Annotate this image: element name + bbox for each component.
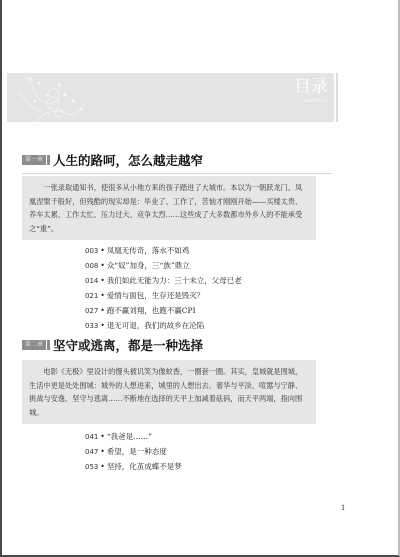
bullet-icon: • [100, 276, 104, 285]
toc-entry[interactable]: 041•“我爸是……” [85, 429, 182, 444]
toc-page-number: 021 [85, 292, 98, 300]
floral-vine-icon [7, 73, 97, 122]
chapter-summary: 一张录取通知书，使很多从小地方来的孩子踏进了大城市。本以为一朝跃龙门、凤凰涅槃千… [22, 176, 316, 240]
toc-entry-title: “我爸是……” [107, 432, 152, 441]
toc-entry-title: 退无可退，我们的故乡在沦陷 [107, 321, 205, 330]
toc-entry-title: 坚持，化茧成蝶不是梦 [107, 462, 182, 471]
contents-subtitle: CONTENTS [304, 98, 327, 103]
page-number: 1 [341, 503, 345, 512]
toc-entry[interactable]: 027•跑不赢刘翔，也跑不赢CPI [85, 303, 242, 318]
toc-page-number: 003 [85, 247, 98, 255]
toc-page-number: 047 [85, 448, 98, 456]
chapter-heading[interactable]: 第二章 坚守或逃离，都是一种选择 [22, 336, 203, 354]
bullet-icon: • [100, 306, 104, 315]
badge-bar-divider [47, 340, 50, 350]
toc-page-number: 027 [85, 307, 98, 315]
toc-page-number: 053 [85, 463, 98, 471]
toc-entry[interactable]: 047•希望，是一种态度 [85, 444, 182, 459]
bullet-icon: • [100, 321, 104, 330]
chapter-title: 人生的路呵，怎么越走越窄 [53, 151, 203, 169]
contents-banner: 目录 CONTENTS [7, 73, 334, 122]
toc-entry[interactable]: 014•我们如此无能为力：三十未立，父母已老 [85, 273, 242, 288]
banner-edge-divider [336, 73, 338, 122]
toc-entry-title: 爱情与面包，生存还是毁灭？ [107, 291, 205, 300]
chapter-summary: 电影《无极》里设计的馒头被讥笑为像蚊香，一圈套一圈。其实，皇城就是围城，生活中更… [22, 360, 316, 424]
chapter-heading[interactable]: 第一章 人生的路呵，怎么越走越窄 [22, 151, 203, 169]
toc-page-number: 008 [85, 262, 98, 270]
toc-entry[interactable]: 021•爱情与面包，生存还是毁灭？ [85, 288, 242, 303]
bullet-icon: • [100, 261, 104, 270]
toc-entry-title: 跑不赢刘翔，也跑不赢CPI [107, 306, 196, 315]
toc-entry[interactable]: 033•退无可退，我们的故乡在沦陷 [85, 318, 242, 333]
bullet-icon: • [100, 246, 104, 255]
toc-list: 003•凤凰无传奇，落水不如鸡 008•众“奴”加身，三“族”鼎立 014•我们… [85, 243, 242, 333]
toc-page-number: 014 [85, 277, 98, 285]
heading-underline-divider [22, 173, 332, 174]
badge-bar-divider [47, 155, 50, 165]
toc-entry[interactable]: 008•众“奴”加身，三“族”鼎立 [85, 258, 242, 273]
toc-page-number: 041 [85, 433, 98, 441]
toc-entry[interactable]: 053•坚持，化茧成蝶不是梦 [85, 459, 182, 474]
contents-title: 目录 [294, 77, 328, 97]
toc-entry-title: 凤凰无传奇，落水不如鸡 [107, 246, 190, 255]
bullet-icon: • [100, 291, 104, 300]
toc-list: 041•“我爸是……” 047•希望，是一种态度 053•坚持，化茧成蝶不是梦 [85, 429, 182, 474]
toc-entry-title: 希望，是一种态度 [107, 447, 167, 456]
bullet-icon: • [100, 432, 104, 441]
chapter-badge: 第一章 [22, 155, 46, 165]
chapter-badge: 第二章 [22, 340, 46, 350]
toc-entry-title: 我们如此无能为力：三十未立，父母已老 [107, 276, 242, 285]
bullet-icon: • [100, 447, 104, 456]
toc-entry-title: 众“奴”加身，三“族”鼎立 [107, 261, 190, 270]
chapter-title: 坚守或逃离，都是一种选择 [53, 336, 203, 354]
bullet-icon: • [100, 462, 104, 471]
toc-entry[interactable]: 003•凤凰无传奇，落水不如鸡 [85, 243, 242, 258]
toc-page-number: 033 [85, 322, 98, 330]
